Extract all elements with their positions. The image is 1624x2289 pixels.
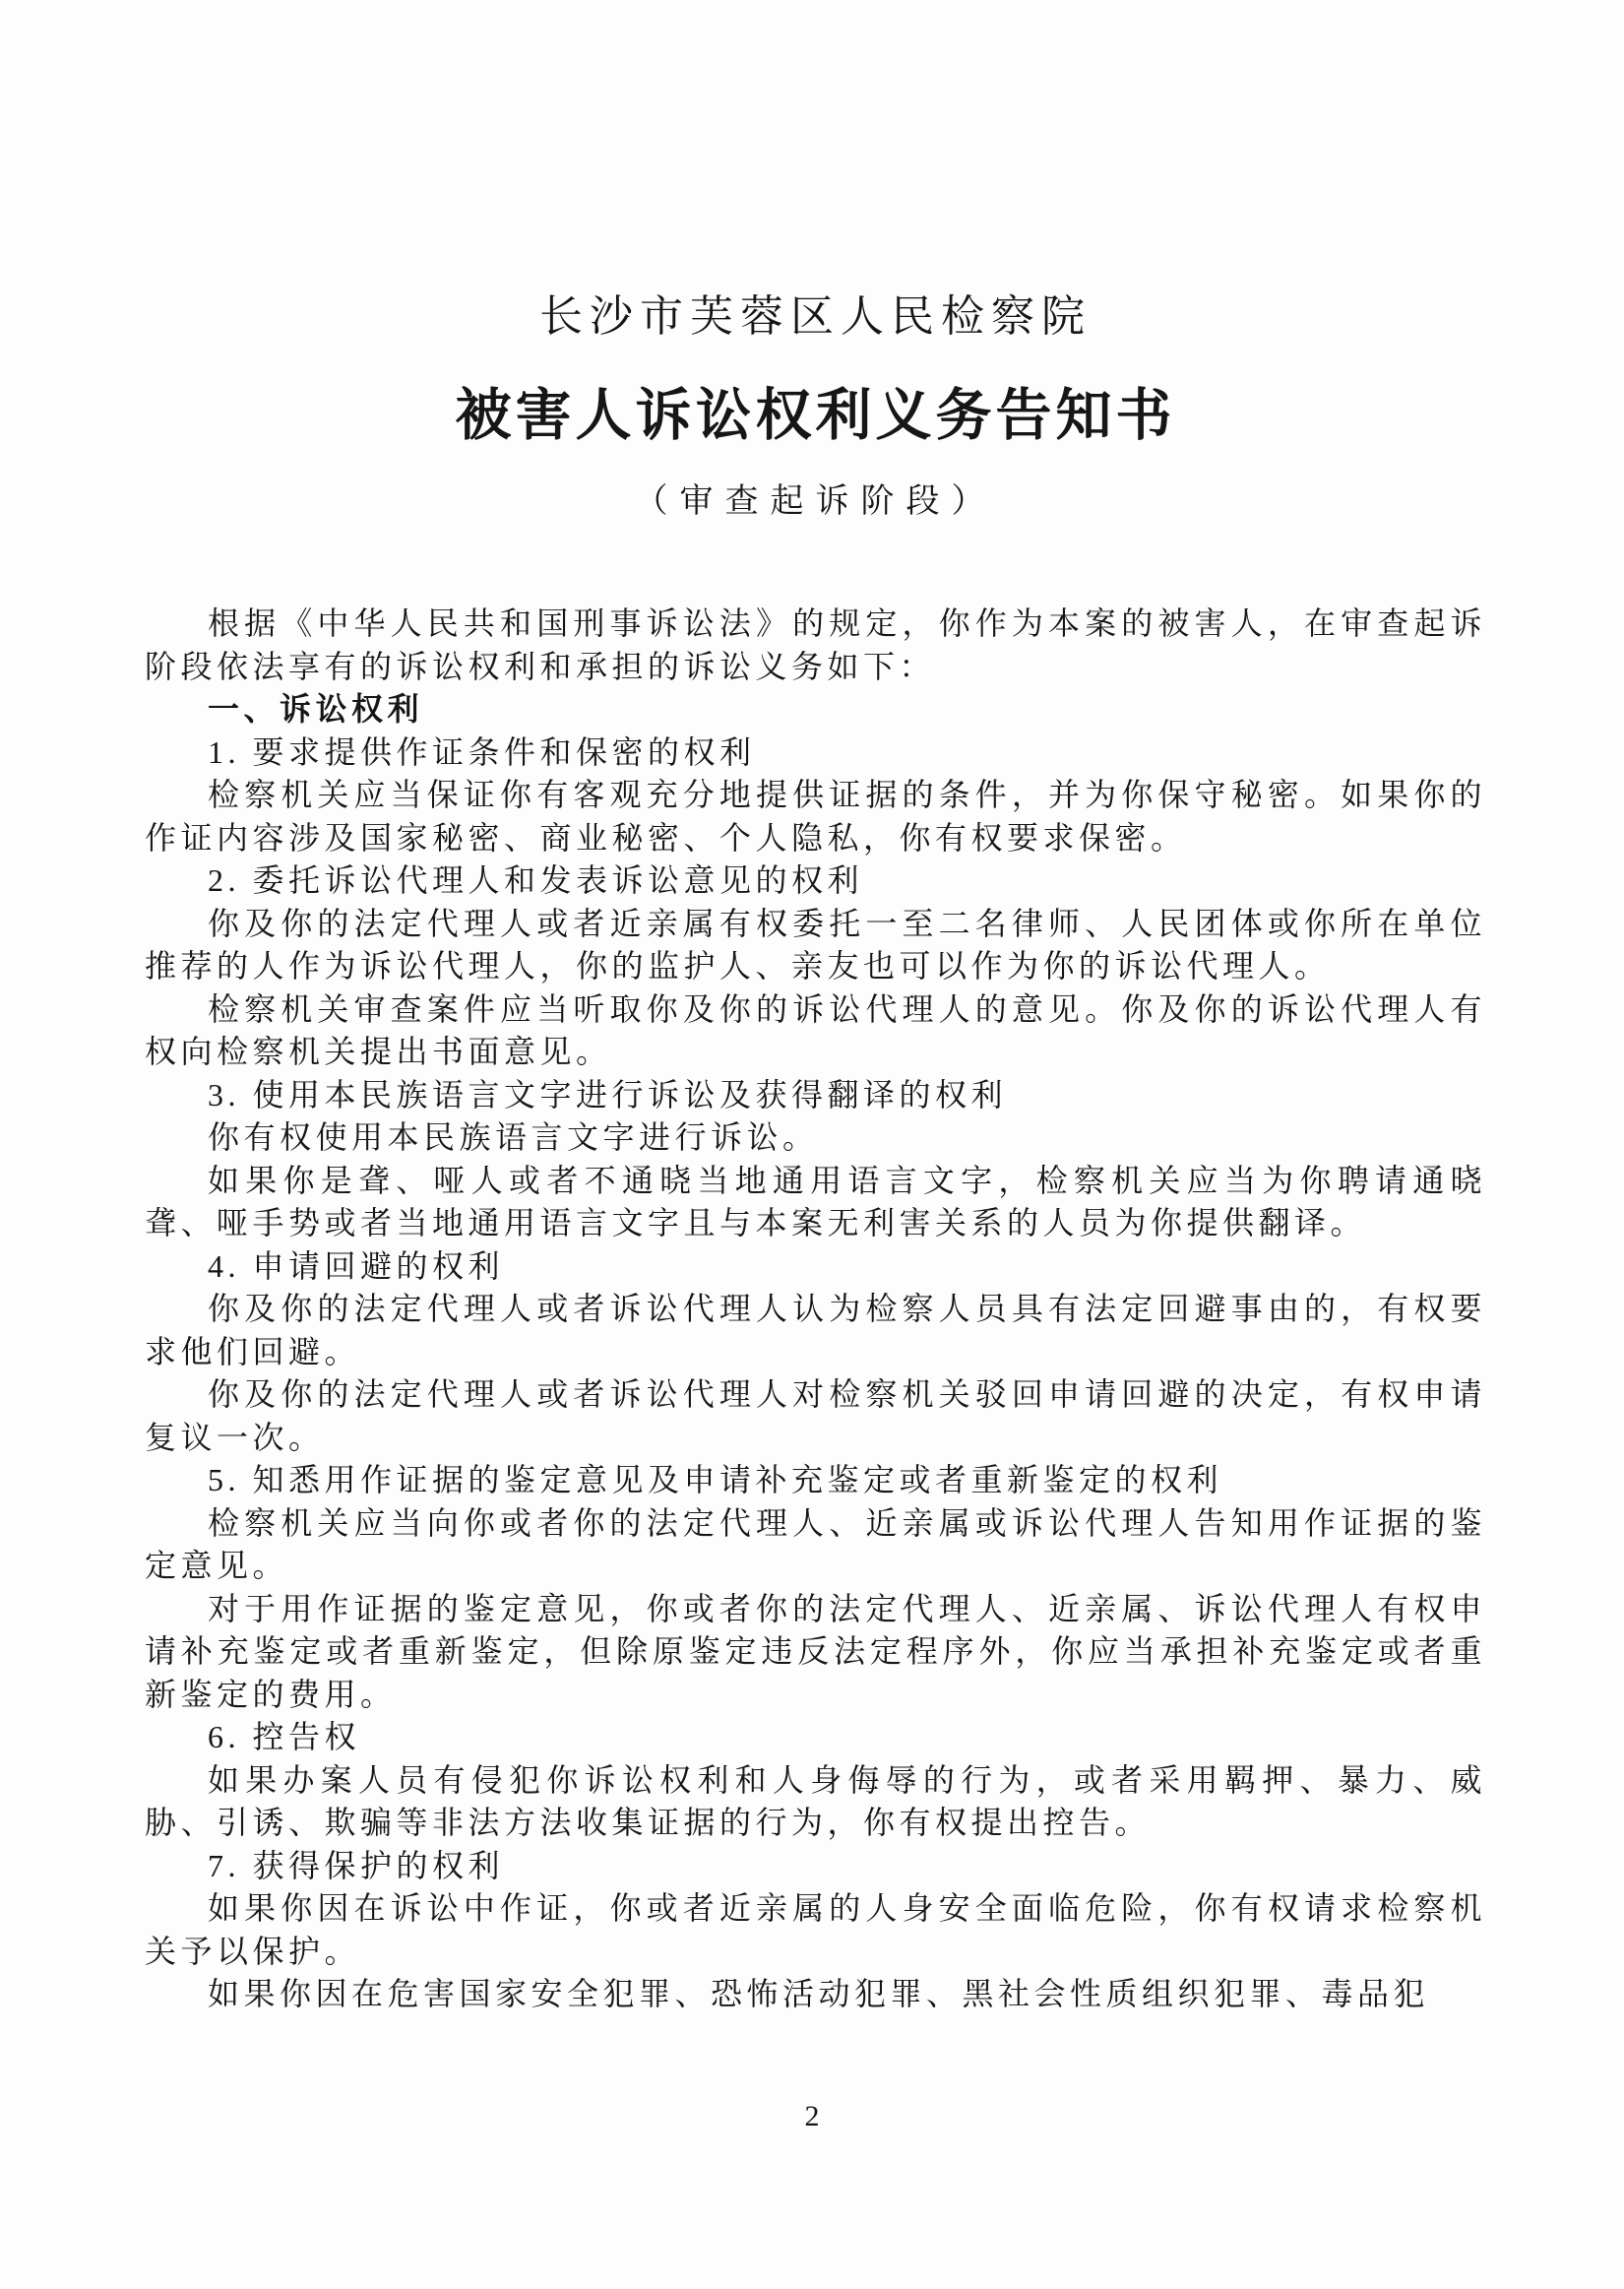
paragraph: 你及你的法定代理人或者诉讼代理人对检察机关驳回申请回避的决定，有权申请复议一次。 <box>145 1373 1486 1459</box>
paragraph: 你及你的法定代理人或者近亲属有权委托一至二名律师、人民团体或你所在单位推荐的人作… <box>145 903 1486 988</box>
page-number: 2 <box>0 2099 1624 2134</box>
paragraph: 你有权使用本民族语言文字进行诉讼。 <box>145 1116 1486 1160</box>
institution-name: 长沙市芙蓉区人民检察院 <box>145 293 1486 341</box>
paragraph: 如果你因在诉讼中作证，你或者近亲属的人身安全面临危险，你有权请求检察机关予以保护… <box>145 1887 1486 1973</box>
document-subtitle: （审查起诉阶段） <box>145 482 1486 522</box>
document-body: 根据《中华人民共和国刑事诉讼法》的规定，你作为本案的被害人，在审查起诉阶段依法享… <box>145 603 1486 2016</box>
paragraph: 检察机关应当保证你有客观充分地提供证据的条件，并为你保守秘密。如果你的作证内容涉… <box>145 774 1486 859</box>
item-heading: 7. 获得保护的权利 <box>145 1845 1486 1888</box>
item-heading: 1. 要求提供作证条件和保密的权利 <box>145 731 1486 775</box>
item-heading: 4. 申请回避的权利 <box>145 1245 1486 1289</box>
document-title: 被害人诉讼权利义务告知书 <box>145 386 1486 447</box>
paragraph: 根据《中华人民共和国刑事诉讼法》的规定，你作为本案的被害人，在审查起诉阶段依法享… <box>145 603 1486 688</box>
paragraph: 如果办案人员有侵犯你诉讼权利和人身侮辱的行为，或者采用羁押、暴力、威胁、引诱、欺… <box>145 1759 1486 1845</box>
document-page: 长沙市芙蓉区人民检察院 被害人诉讼权利义务告知书 （审查起诉阶段） 根据《中华人… <box>0 0 1624 2289</box>
item-heading: 6. 控告权 <box>145 1716 1486 1759</box>
paragraph: 对于用作证据的鉴定意见，你或者你的法定代理人、近亲属、诉讼代理人有权申请补充鉴定… <box>145 1588 1486 1717</box>
paragraph: 如果你是聋、哑人或者不通晓当地通用语言文字，检察机关应当为你聘请通晓聋、哑手势或… <box>145 1160 1486 1245</box>
section-heading: 一、诉讼权利 <box>145 688 1486 731</box>
item-heading: 3. 使用本民族语言文字进行诉讼及获得翻译的权利 <box>145 1074 1486 1117</box>
paragraph: 你及你的法定代理人或者诉讼代理人认为检察人员具有法定回避事由的，有权要求他们回避… <box>145 1288 1486 1373</box>
document-content: 长沙市芙蓉区人民检察院 被害人诉讼权利义务告知书 （审查起诉阶段） 根据《中华人… <box>145 0 1486 2016</box>
paragraph: 检察机关应当向你或者你的法定代理人、近亲属或诉讼代理人告知用作证据的鉴定意见。 <box>145 1502 1486 1588</box>
paragraph: 检察机关审查案件应当听取你及你的诉讼代理人的意见。你及你的诉讼代理人有权向检察机… <box>145 988 1486 1074</box>
item-heading: 5. 知悉用作证据的鉴定意见及申请补充鉴定或者重新鉴定的权利 <box>145 1459 1486 1502</box>
paragraph: 如果你因在危害国家安全犯罪、恐怖活动犯罪、黑社会性质组织犯罪、毒品犯 <box>145 1973 1486 2016</box>
item-heading: 2. 委托诉讼代理人和发表诉讼意见的权利 <box>145 859 1486 903</box>
